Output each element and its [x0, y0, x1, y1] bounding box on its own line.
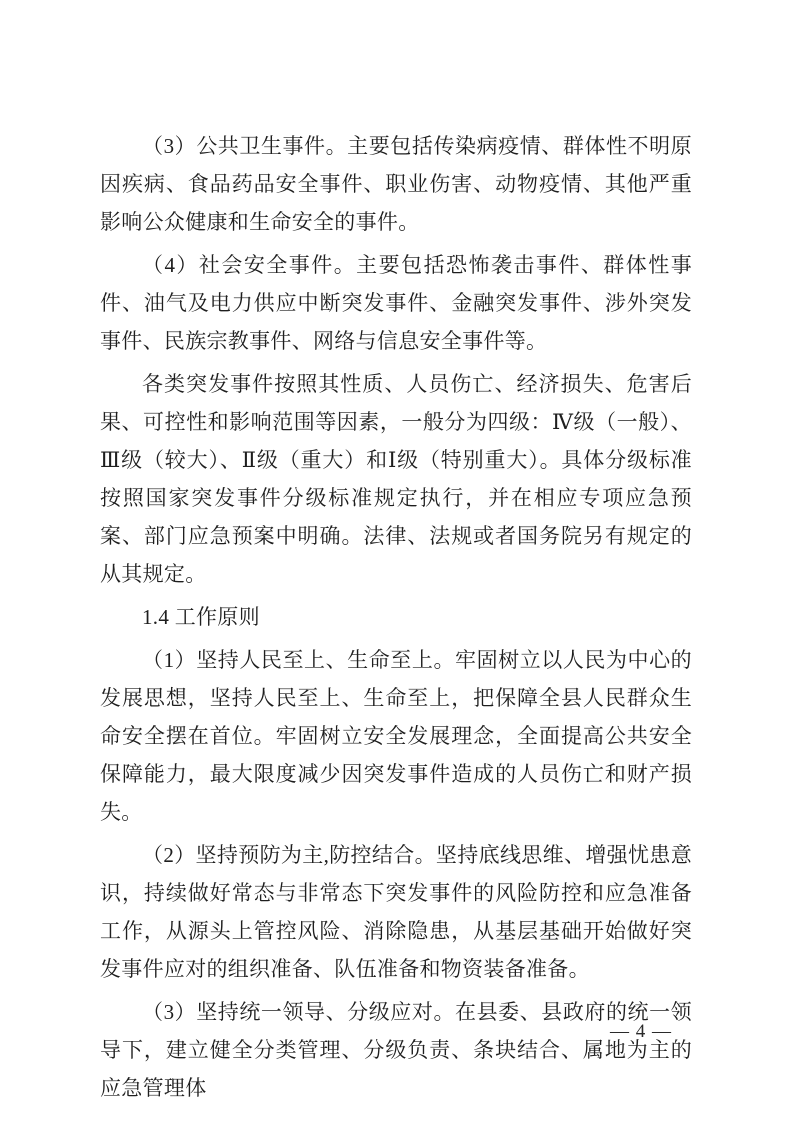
- paragraph-social-security-events: （4）社会安全事件。主要包括恐怖袭击事件、群体性事件、油气及电力供应中断突发事件…: [100, 246, 692, 360]
- paragraph-principle-3-unified-leadership: （3）坚持统一领导、分级应对。在县委、县政府的统一领导下，建立健全分类管理、分级…: [100, 993, 692, 1107]
- paragraph-public-health-events: （3）公共卫生事件。主要包括传染病疫情、群体性不明原因疾病、食品药品安全事件、职…: [100, 127, 692, 241]
- paragraph-principle-2-prevention-first: （2）坚持预防为主,防控结合。坚持底线思维、增强忧患意识，持续做好常态与非常态下…: [100, 836, 692, 988]
- paragraph-principle-1-people-first: （1）坚持人民至上、生命至上。牢固树立以人民为中心的发展思想，坚持人民至上、生命…: [100, 641, 692, 831]
- page-number: — 4 —: [610, 1018, 672, 1046]
- document-body: （3）公共卫生事件。主要包括传染病疫情、群体性不明原因疾病、食品药品安全事件、职…: [100, 127, 692, 1112]
- section-heading-1-4-work-principles: 1.4 工作原则: [100, 598, 692, 636]
- paragraph-event-classification: 各类突发事件按照其性质、人员伤亡、经济损失、危害后果、可控性和影响范围等因素，一…: [100, 365, 692, 593]
- document-page: （3）公共卫生事件。主要包括传染病疫情、群体性不明原因疾病、食品药品安全事件、职…: [0, 0, 793, 1122]
